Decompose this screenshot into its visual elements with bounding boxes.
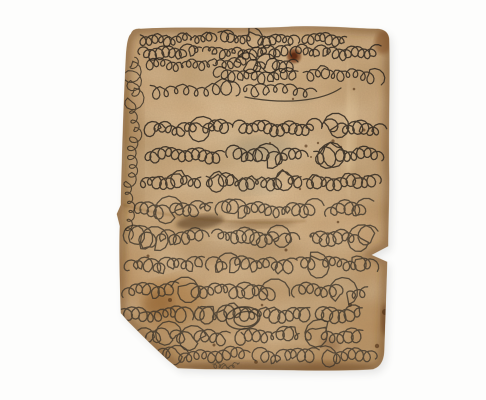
scanned-note-photo xyxy=(0,0,486,400)
speckle xyxy=(299,188,301,190)
scan-canvas xyxy=(0,0,486,400)
speckle xyxy=(375,344,379,348)
speckle xyxy=(310,156,312,158)
speckle xyxy=(317,142,319,144)
speckle xyxy=(353,88,356,91)
speckle xyxy=(168,298,172,302)
paper-texture xyxy=(110,20,400,380)
paper-grain xyxy=(110,20,400,380)
speckle xyxy=(337,221,340,224)
speckle xyxy=(213,344,216,347)
speckle xyxy=(305,145,308,148)
speckle xyxy=(285,249,288,252)
speckle xyxy=(292,98,294,100)
speckle xyxy=(261,304,264,307)
